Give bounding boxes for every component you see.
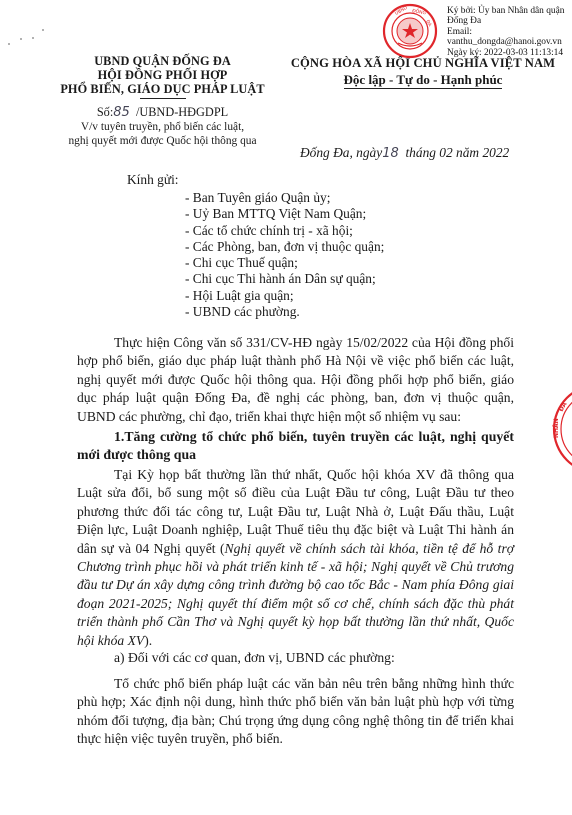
signed-by-cont: Đống Đa xyxy=(447,16,572,26)
svg-text:NHÂN: NHÂN xyxy=(553,418,560,438)
subject-line-1: V/v tuyên truyền, phổ biến các luật, xyxy=(60,121,265,134)
scan-speck xyxy=(8,43,10,45)
scan-speck xyxy=(42,29,44,31)
recipient-item: - Các tổ chức chính trị - xã hội; xyxy=(185,223,384,239)
issuer-underline xyxy=(140,98,186,99)
recipients-label: Kính gửi: xyxy=(127,172,179,188)
signed-by: Ký bởi: Ủy ban Nhân dân quận xyxy=(447,6,572,16)
subsection-a-heading: a) Đối với các cơ quan, đơn vị, UBND các… xyxy=(77,649,514,667)
recipient-item: - Ban Tuyên giáo Quận ủy; xyxy=(185,190,384,206)
national-title: CỘNG HÒA XÃ HỘI CHỦ NGHĨA VIỆT NAM xyxy=(280,56,566,71)
section-1-paragraph: Tại Kỳ họp bất thường lần thứ nhất, Quốc… xyxy=(77,466,514,650)
number-suffix: /UBND-HĐGDPL xyxy=(136,105,228,119)
section-1-end: ). xyxy=(144,633,152,648)
national-header: CỘNG HÒA XÃ HỘI CHỦ NGHĨA VIỆT NAM Độc l… xyxy=(280,56,566,89)
intro-paragraph: Thực hiện Công văn số 331/CV-HĐ ngày 15/… xyxy=(77,334,514,426)
digital-signature-info: Ký bởi: Ủy ban Nhân dân quận Đống Đa Ema… xyxy=(447,6,572,58)
place-date: Đống Đa, ngày18 tháng 02 năm 2022 xyxy=(300,145,509,161)
section-1-italic: Nghị quyết về chính sách tài khóa, tiền … xyxy=(77,541,514,648)
svg-text:ĐA: ĐA xyxy=(558,401,569,413)
recipient-item: - Uỷ Ban MTTQ Việt Nam Quận; xyxy=(185,206,384,222)
recipient-item: - Chi cục Thi hành án Dân sự quận; xyxy=(185,271,384,287)
subsection-a-paragraph: Tổ chức phổ biến pháp luật các văn bản n… xyxy=(77,675,514,749)
official-seal-icon: UBND ĐỐNG ĐA xyxy=(382,3,438,59)
document-number: Số:85 /UBND-HĐGDPL xyxy=(60,105,265,120)
partial-stamp-icon: ĐA NHÂN xyxy=(552,382,572,476)
recipient-item: - Hội Luật gia quận; xyxy=(185,288,384,304)
day-handwritten: 18 xyxy=(382,146,399,161)
scan-speck xyxy=(20,38,22,40)
issuer-line-2: HỘI ĐỒNG PHỐI HỢP xyxy=(60,68,265,82)
number-prefix: Số: xyxy=(97,105,113,119)
recipient-item: - UBND các phường. xyxy=(185,304,384,320)
recipients-list: - Ban Tuyên giáo Quận ủy; - Uỷ Ban MTTQ … xyxy=(185,190,384,320)
issuer-line-3: PHỔ BIẾN, GIÁO DỤC PHÁP LUẬT xyxy=(60,82,265,96)
section-1-paragraph-text: Tại Kỳ họp bất thường lần thứ nhất, Quốc… xyxy=(77,466,514,650)
place-date-prefix: Đống Đa, ngày xyxy=(300,145,382,160)
number-handwritten: 85 xyxy=(113,105,130,120)
subject-line-2: nghị quyết mới được Quốc hội thông qua xyxy=(60,135,265,148)
national-motto: Độc lập - Tự do - Hạnh phúc xyxy=(344,72,503,89)
recipient-item: - Chi cục Thuế quận; xyxy=(185,255,384,271)
svg-text:ĐA: ĐA xyxy=(424,19,433,28)
issuer-line-1: UBND QUẬN ĐỐNG ĐA xyxy=(60,54,265,68)
recipient-item: - Các Phòng, ban, đơn vị thuộc quận; xyxy=(185,239,384,255)
scan-speck xyxy=(32,37,34,39)
intro-paragraph-text: Thực hiện Công văn số 331/CV-HĐ ngày 15/… xyxy=(77,334,514,426)
signature-email: vanthu_dongda@hanoi.gov.vn xyxy=(447,37,572,47)
email-label: Email: xyxy=(447,27,572,37)
issuer-header: UBND QUẬN ĐỐNG ĐA HỘI ĐỒNG PHỐI HỢP PHỔ … xyxy=(60,54,265,148)
place-date-suffix: tháng 02 năm 2022 xyxy=(405,145,509,160)
section-1-heading: 1.Tăng cường tổ chức phổ biến, tuyên tru… xyxy=(77,428,514,465)
